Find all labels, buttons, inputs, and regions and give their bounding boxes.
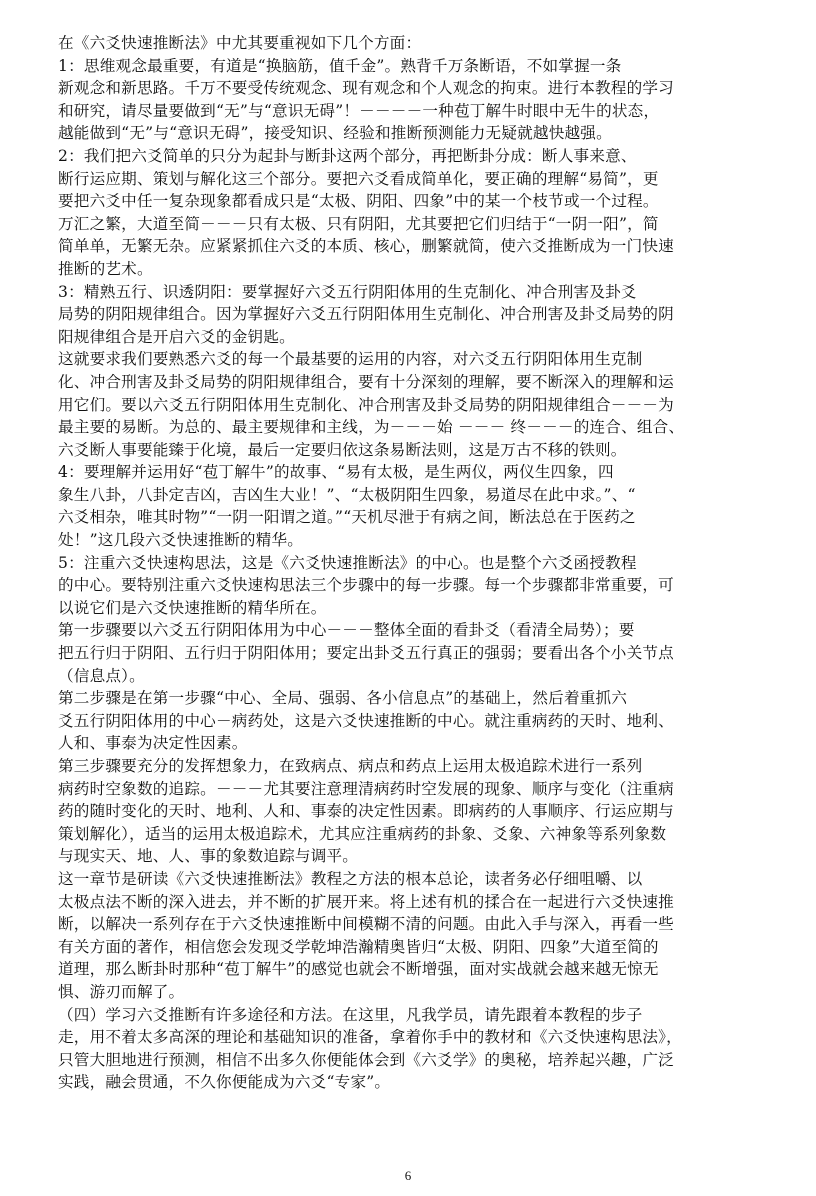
text-line: 最主要的易断。为总的、最主要规律和主线，为－－－始 －－－ 终－－－的连合、组合… bbox=[58, 416, 778, 439]
text-line: 把五行归于阴阳、五行归于阴阳体用；要定出卦爻五行真正的强弱；要看出各个小关节点 bbox=[58, 642, 778, 665]
text-line: 处！”这几段六爻快速推断的精华。 bbox=[58, 529, 778, 552]
text-line: 第二步骤是在第一步骤“中心、全局、强弱、各小信息点”的基础上，然后着重抓六 bbox=[58, 687, 778, 710]
text-line: 太极点法不断的深入进去，并不断的扩展开来。将上述有机的揉合在一起进行六爻快速推 bbox=[58, 891, 778, 914]
text-line: 以说它们是六爻快速推断的精华所在。 bbox=[58, 597, 778, 620]
text-line: 的中心。要特别注重六爻快速构思法三个步骤中的每一步骤。每一个步骤都非常重要，可 bbox=[58, 574, 778, 597]
text-line: 用它们。要以六爻五行阴阳体用生克制化、冲合刑害及卦爻局势的阴阳规律组合－－－为 bbox=[58, 394, 778, 417]
text-line: 3：精熟五行、识透阴阳：要掌握好六爻五行阴阳体用的生克制化、冲合刑害及卦爻 bbox=[58, 281, 778, 304]
text-line: 这就要求我们要熟悉六爻的每一个最基要的运用的内容，对六爻五行阴阳体用生克制 bbox=[58, 348, 778, 371]
text-line: 策划解化），适当的运用太极追踪术，尤其应注重病药的卦象、爻象、六神象等系列象数 bbox=[58, 823, 778, 846]
text-line: 阳规律组合是开启六爻的金钥匙。 bbox=[58, 326, 778, 349]
text-line: 在《六爻快速推断法》中尤其要重视如下几个方面： bbox=[58, 32, 778, 55]
text-line: 简单单，无繁无杂。应紧紧抓住六爻的本质、核心，删繁就简，使六爻推断成为一门快速 bbox=[58, 235, 778, 258]
text-line: 只管大胆地进行预测，相信不出多久你便能体会到《六爻学》的奥秘，培养起兴趣，广泛 bbox=[58, 1049, 778, 1072]
text-line: （四）学习六爻推断有许多途径和方法。在这里，凡我学员，请先跟着本教程的步子 bbox=[58, 1004, 778, 1027]
text-line: 爻五行阴阳体用的中心－病药处，这是六爻快速推断的中心。就注重病药的天时、地利、 bbox=[58, 710, 778, 733]
text-line: 人和、事泰为决定性因素。 bbox=[58, 732, 778, 755]
text-line: 象生八卦，八卦定吉凶，吉凶生大业！”、“太极阴阳生四象，易道尽在此中求。”、“ bbox=[58, 484, 778, 507]
text-line: 断行运应期、策划与解化这三个部分。要把六爻看成简单化，要正确的理解“易简”，更 bbox=[58, 168, 778, 191]
text-line: 第一步骤要以六爻五行阴阳体用为中心－－－整体全面的看卦爻（看清全局势）；要 bbox=[58, 619, 778, 642]
text-line: 道理，那么断卦时那种“苞丁解牛”的感觉也就会不断增强，面对实战就会越来越无惊无 bbox=[58, 958, 778, 981]
document-page: 在《六爻快速推断法》中尤其要重视如下几个方面： 1：思维观念最重要，有道是“换脑… bbox=[58, 32, 778, 1094]
text-line: 这一章节是研读《六爻快速推断法》教程之方法的根本总论，读者务必仔细咀嚼、以 bbox=[58, 868, 778, 891]
text-line: 化、冲合刑害及卦爻局势的阴阳规律组合，要有十分深刻的理解，要不断深入的理解和运 bbox=[58, 371, 778, 394]
text-line: 与现实天、地、人、事的象数追踪与调平。 bbox=[58, 845, 778, 868]
text-line: 新观念和新思路。千万不要受传统观念、现有观念和个人观念的拘束。进行本教程的学习 bbox=[58, 77, 778, 100]
text-line: 六爻断人事要能臻于化境，最后一定要归依这条易断法则，这是万古不移的铁则。 bbox=[58, 439, 778, 462]
text-line: 有关方面的著作，相信您会发现爻学乾坤浩瀚精奥皆归“太极、阴阳、四象”大道至简的 bbox=[58, 936, 778, 959]
text-line: 断，以解决一系列存在于六爻快速推断中间模糊不清的问题。由此入手与深入，再看一些 bbox=[58, 913, 778, 936]
text-line: 药的随时变化的天时、地利、人和、事泰的决定性因素。即病药的人事顺序、行运应期与 bbox=[58, 800, 778, 823]
text-line: 走，用不着太多高深的理论和基础知识的准备，拿着你手中的教材和《六爻快速构思法》， bbox=[58, 1026, 778, 1049]
text-line: 惧、游刃而解了。 bbox=[58, 981, 778, 1004]
text-line: 越能做到“无”与“意识无碍”，接受知识、经验和推断预测能力无疑就越快越强。 bbox=[58, 122, 778, 145]
text-line: 实践，融会贯通，不久你便能成为六爻“专家”。 bbox=[58, 1071, 778, 1094]
text-line: 和研究，请尽量要做到“无”与“意识无碍”！－－－－一种苞丁解牛时眼中无牛的状态， bbox=[58, 100, 778, 123]
text-line: 4：要理解并运用好“苞丁解牛”的故事、“易有太极，是生两仪，两仪生四象，四 bbox=[58, 461, 778, 484]
text-line: 六爻相杂，唯其时物”“一阴一阳谓之道。”“天机尽泄于有病之间，断法总在于医药之 bbox=[58, 506, 778, 529]
text-line: 要把六爻中任一复杂现象都看成只是“太极、阴阳、四象”中的某一个枝节或一个过程。 bbox=[58, 190, 778, 213]
text-line: （信息点）。 bbox=[58, 665, 778, 688]
text-line: 局势的阴阳规律组合。因为掌握好六爻五行阴阳体用生克制化、冲合刑害及卦爻局势的阴 bbox=[58, 303, 778, 326]
text-line: 万汇之繁，大道至简－－－只有太极、只有阴阳，尤其要把它们归结于“一阴一阳”，简 bbox=[58, 213, 778, 236]
text-line: 推断的艺术。 bbox=[58, 258, 778, 281]
page-number: 6 bbox=[0, 1168, 816, 1184]
text-line: 5：注重六爻快速构思法，这是《六爻快速推断法》的中心。也是整个六爻函授教程 bbox=[58, 552, 778, 575]
text-line: 病药时空象数的追踪。－－－尤其要注意理清病药时空发展的现象、顺序与变化（注重病 bbox=[58, 778, 778, 801]
text-line: 2：我们把六爻简单的只分为起卦与断卦这两个部分，再把断卦分成：断人事来意、 bbox=[58, 145, 778, 168]
text-line: 1：思维观念最重要，有道是“换脑筋，值千金”。熟背千万条断语，不如掌握一条 bbox=[58, 55, 778, 78]
text-line: 第三步骤要充分的发挥想象力，在致病点、病点和药点上运用太极追踪术进行一系列 bbox=[58, 755, 778, 778]
